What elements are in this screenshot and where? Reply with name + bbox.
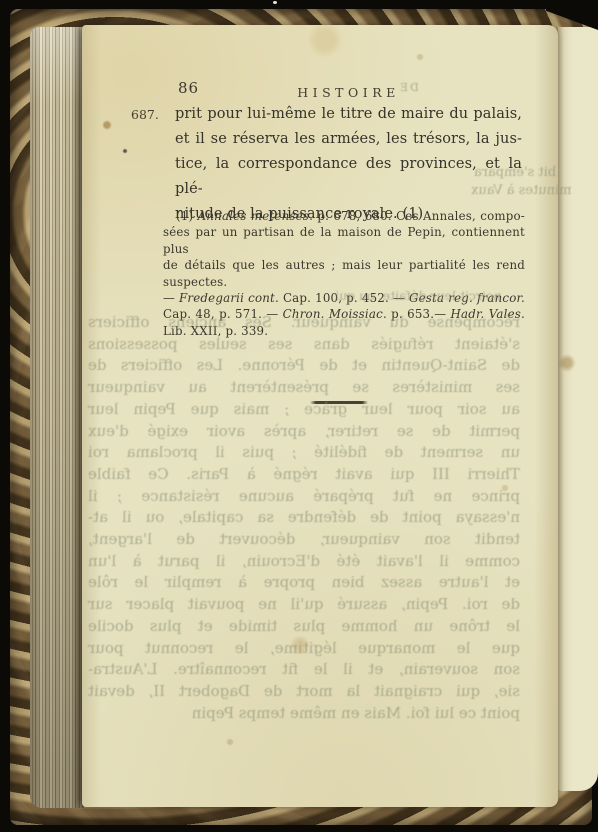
footnote-line: de détails que les autres ; mais leur pa… <box>163 257 525 290</box>
bleedthrough-line: récompense du vainqueur. Ses anciens off… <box>88 312 520 334</box>
bleedthrough-fragment-side-1: bit s'empara <box>474 165 556 180</box>
bleedthrough-line: permit de se retirer, après avoir exigé … <box>88 421 520 443</box>
bleedthrough-fragment-side-2: minutes à Vaux <box>471 183 571 198</box>
body-line: prit pour lui-même le titre de maire du … <box>175 102 522 127</box>
bleedthrough-line: et l'autre assez bien propre à remplir l… <box>88 572 520 594</box>
margin-year-note: 687. <box>131 107 159 122</box>
footnote-line: (1) Annales metenses. p. 678, 680. Ces A… <box>163 208 525 224</box>
body-line: tice, la correspondance des provinces, e… <box>175 152 522 202</box>
bleedthrough-line: n'essaya point de défendre sa capitale, … <box>88 507 520 529</box>
bleedthrough-fragment-top: DE <box>398 81 419 94</box>
cited-work-italic: Fredegarii cont <box>179 291 275 305</box>
footnote-text: . p. 678, 680. Ces Annales, compo- <box>309 209 525 223</box>
recto-page: 86 HISTOIRE 687. prit pour lui-même le t… <box>82 25 558 807</box>
bleedthrough-line: comme il l'avait été d'Ecrouin, il parut… <box>88 551 520 573</box>
page-edge-stack <box>30 27 84 808</box>
bleedthrough-line: le trône un homme plus timide et plus do… <box>88 616 520 638</box>
bleedthrough-line: tendit son vainqueur, découvert de l'arg… <box>88 529 520 551</box>
footnote-text: sées par un partisan de la maison de Pep… <box>163 225 525 255</box>
dust-speck <box>273 1 277 4</box>
cited-work-italic: Annales metenses <box>198 209 309 223</box>
bleedthrough-line: au soir pour leur grâce ; mais que Pepin… <box>88 399 520 421</box>
book-photo-scene: 86 HISTOIRE 687. prit pour lui-même le t… <box>0 0 598 832</box>
footnote-line: sées par un partisan de la maison de Pep… <box>163 224 525 257</box>
bleedthrough-line: de roi. Pepin, assuré qu'il ne pouvait p… <box>88 594 520 616</box>
bleedthrough-line: Thierri III qui avait régné à Paris. Ce … <box>88 464 520 486</box>
bleedthrough-line: s'étaient réfugiés dans ses seules posse… <box>88 334 520 356</box>
facing-page-sliver <box>557 27 598 791</box>
running-title: HISTOIRE <box>175 85 522 100</box>
bleedthrough-line: un serment de fidélité ; puis il proclam… <box>88 442 520 464</box>
bleedthrough-line: de Saint-Quentin et de Péronne. Les offi… <box>88 355 520 377</box>
footnote-text: de détails que les autres ; mais leur pa… <box>163 258 525 288</box>
bleedthrough-line: son souverain, et il le fit reconnaître.… <box>88 659 520 681</box>
bleedthrough-text: récompense du vainqueur. Ses anciens off… <box>88 312 520 724</box>
bleedthrough-line: point ce lui foi. Mais en même temps Pep… <box>88 703 520 725</box>
bleedthrough-fragment-footnote: noircit leur défaite, ou qui <box>335 288 501 303</box>
bleedthrough-line: que le monarque légitime, le reconnut po… <box>88 638 520 660</box>
bleedthrough-line: ses ministères se présentèrent au vainqu… <box>88 377 520 399</box>
footnote-text: — <box>163 291 179 305</box>
footnote-text: (1) <box>176 209 198 223</box>
body-line: et il se réserva les armées, les trésors… <box>175 127 522 152</box>
bleedthrough-line: sie, qui craignait la mort de Dagobert I… <box>88 681 520 703</box>
bleedthrough-line: prince ne fut préparé aucune résistance … <box>88 486 520 508</box>
